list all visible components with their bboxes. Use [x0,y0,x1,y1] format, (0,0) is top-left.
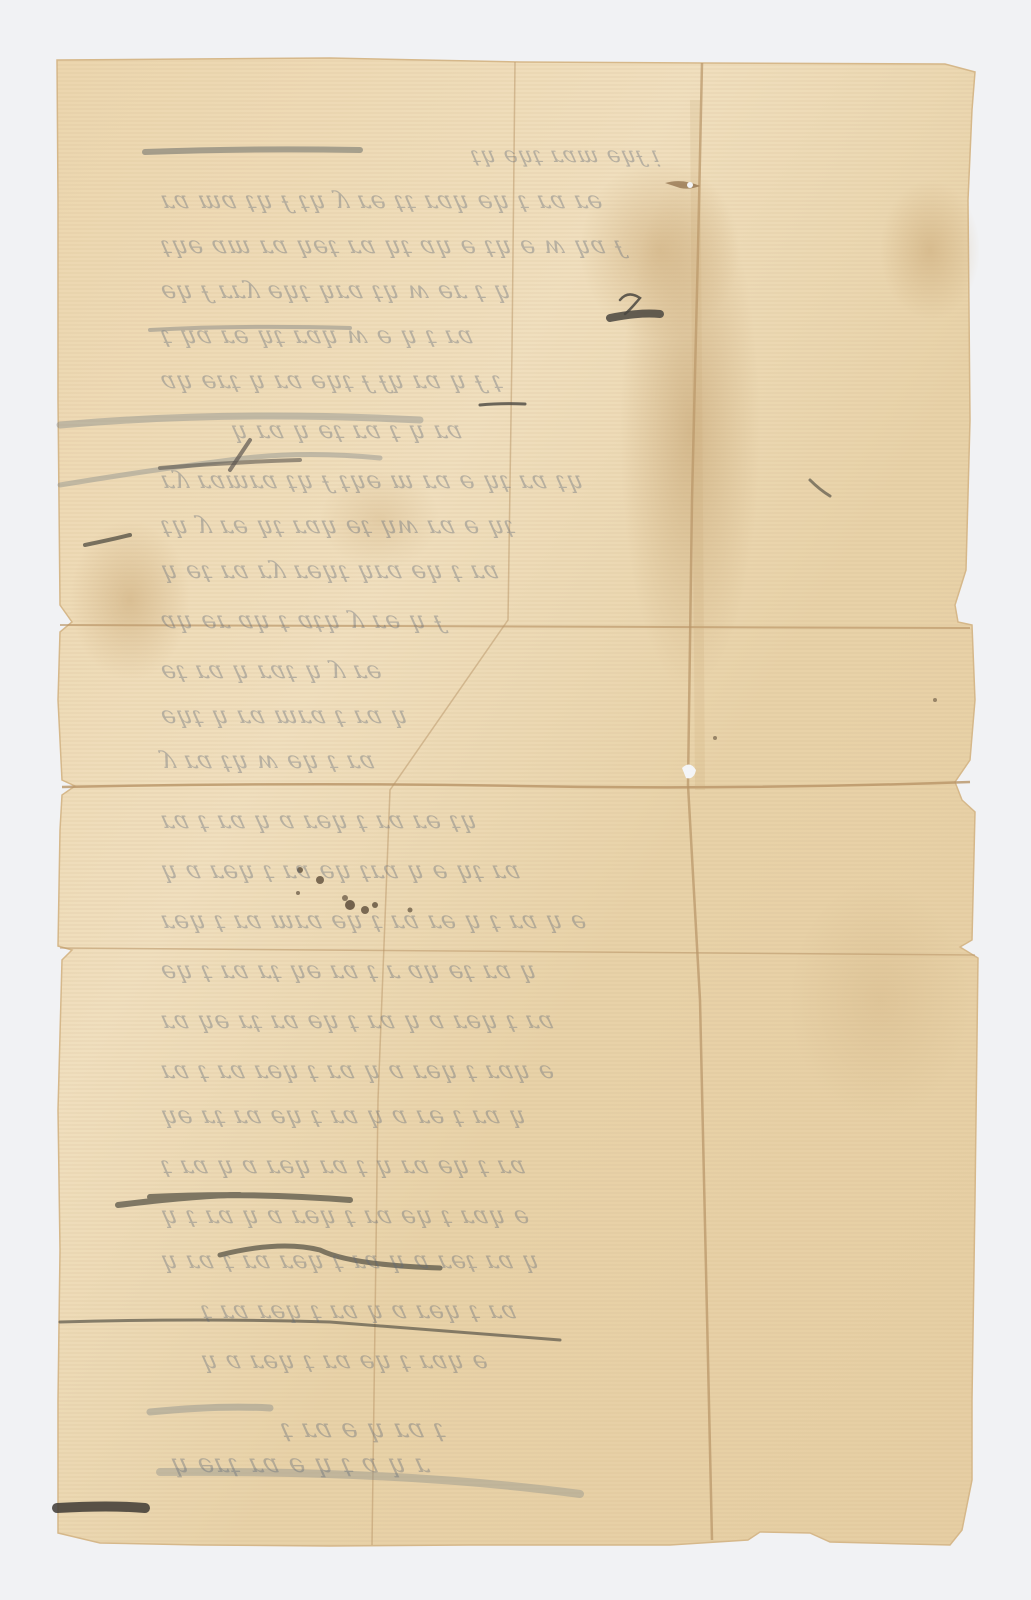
manuscript-scan [0,0,1031,1600]
paper-sheet [57,58,978,1546]
